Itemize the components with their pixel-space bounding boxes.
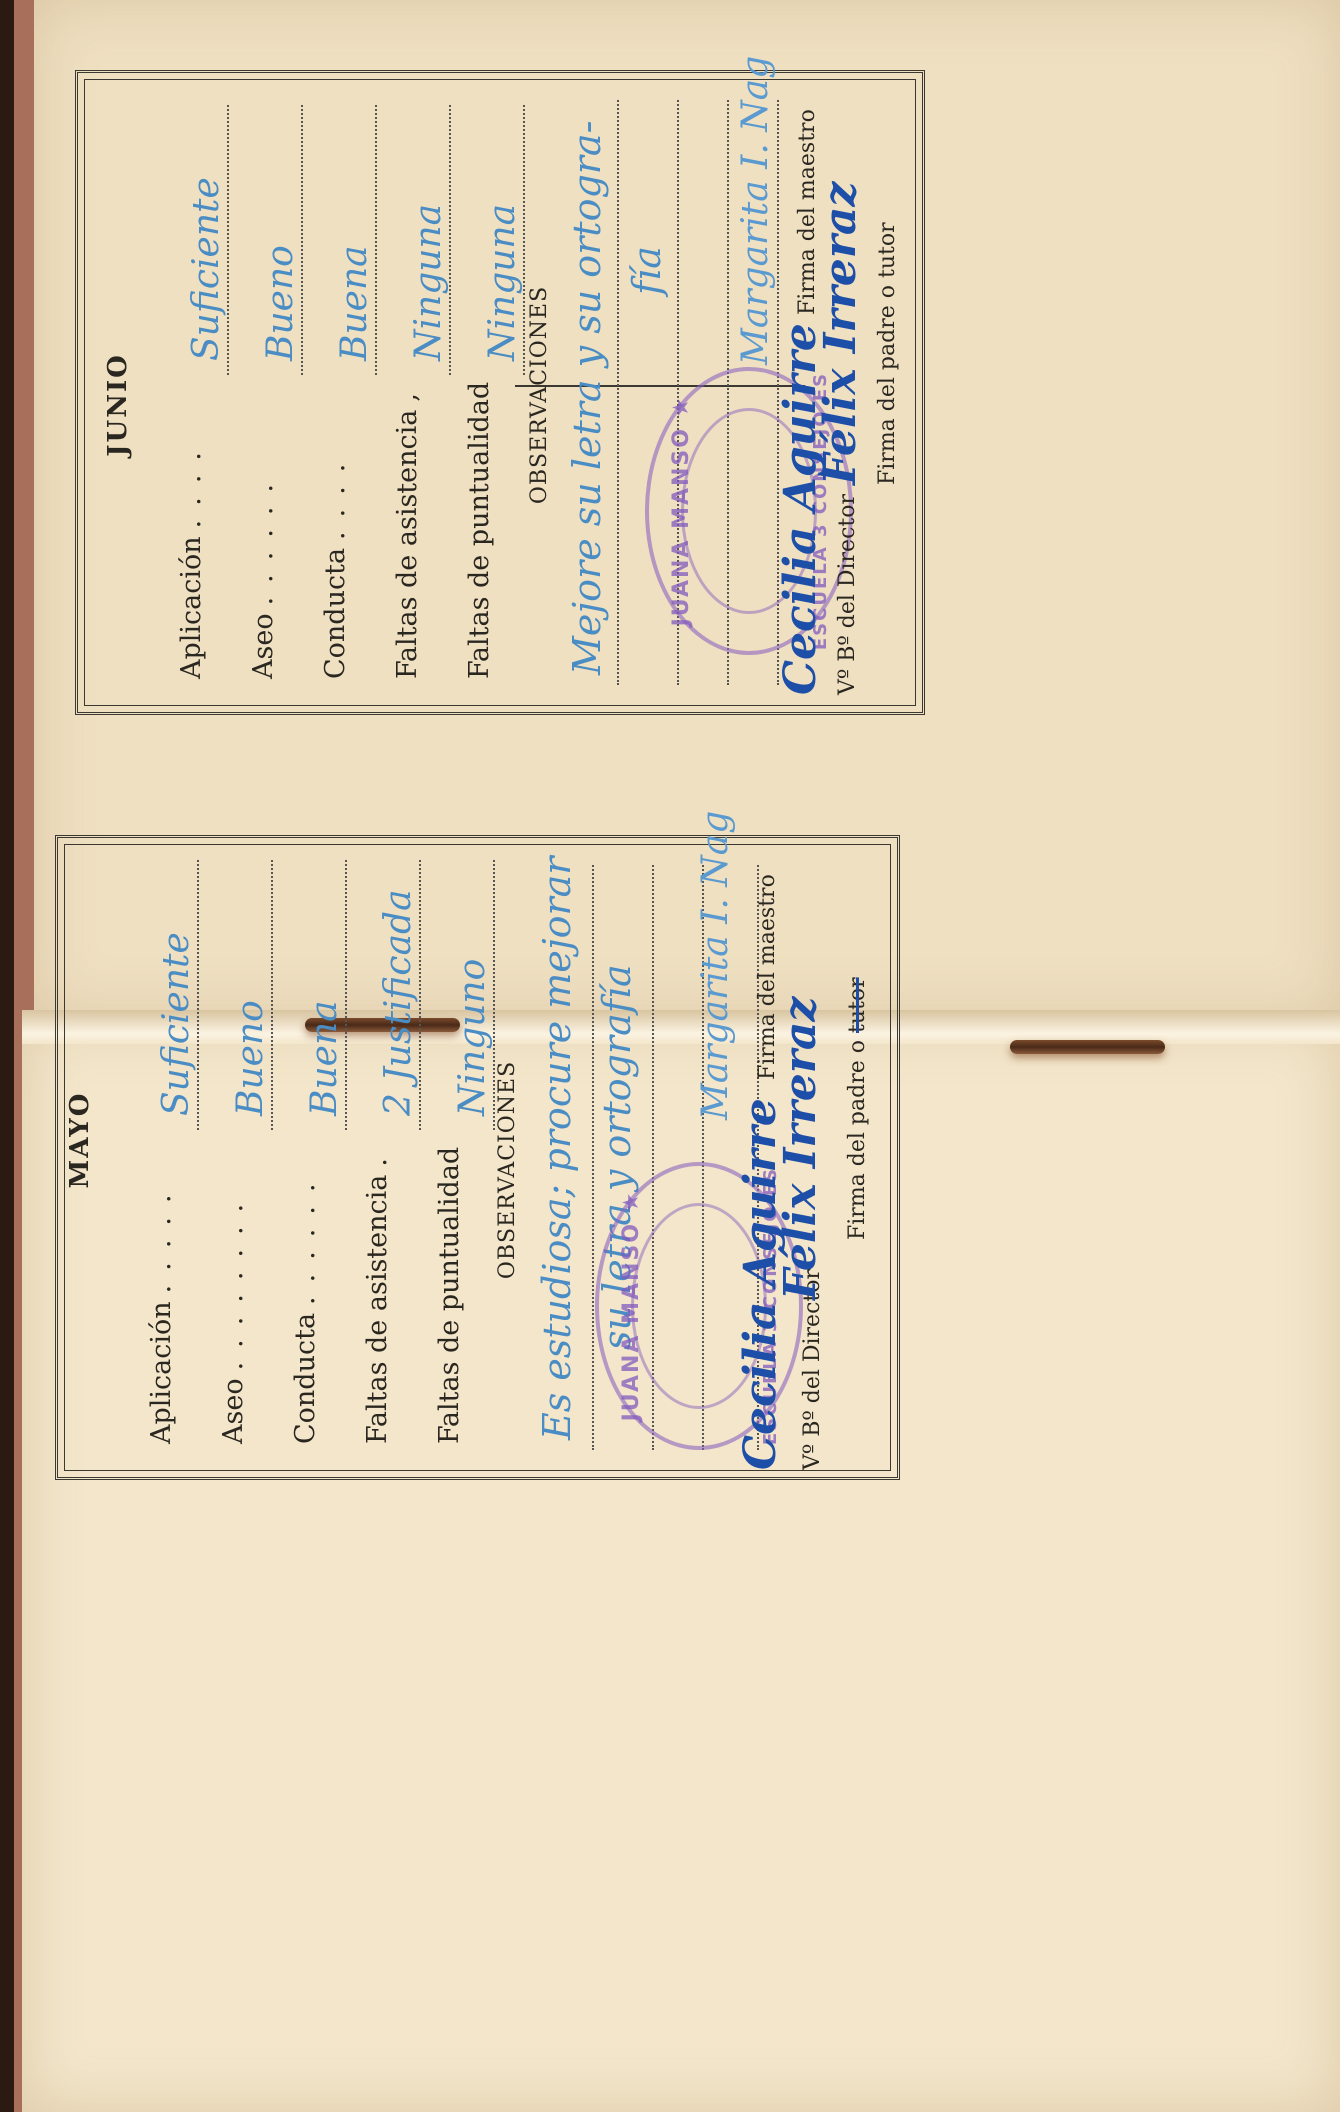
label-conducta: Conducta......: [269, 1144, 341, 1444]
label-conducta: Conducta....: [299, 379, 371, 679]
label-faltas-puntualidad: Faltas de puntualidad: [443, 379, 515, 679]
observaciones-line-2: fía: [625, 246, 669, 295]
observaciones-title: OBSERVACIONES: [527, 265, 552, 525]
value-aplicacion: Suficiente: [155, 105, 229, 375]
staple-right: [1010, 1040, 1165, 1054]
value-aseo: Bueno: [199, 860, 273, 1130]
value-conducta: Buena: [303, 105, 377, 375]
value-faltas-puntualidad: Ninguna: [451, 105, 525, 375]
observaciones-line-1: Es estudiosa; procure mejorar: [535, 857, 579, 1440]
label-faltas-puntualidad: Faltas de puntualidad: [413, 1144, 485, 1444]
signature-padre: Félix Irreraz: [775, 997, 826, 1300]
value-conducta: Buena: [273, 860, 347, 1130]
cover-edge: [0, 0, 14, 2112]
signature-maestro: Margarita I. Nag: [695, 811, 736, 1120]
value-aseo: Bueno: [229, 105, 303, 375]
label-firma-padre: Firma del padre o tutor: [845, 977, 870, 1240]
month-title: MAYO: [65, 1090, 95, 1190]
month-title: JUNIO: [103, 345, 133, 465]
value-faltas-puntualidad: Ninguno: [421, 860, 495, 1130]
observaciones-title: OBSERVACIONES: [495, 1040, 520, 1300]
label-firma-padre: Firma del padre o tutor: [875, 222, 900, 485]
label-aseo: Aseo........: [197, 1144, 269, 1444]
value-aplicacion: Suficiente: [125, 860, 199, 1130]
observaciones-line-1: Mejore su letra y su ortogra-: [565, 121, 609, 675]
value-faltas-asistencia: 2 Justificada: [347, 860, 421, 1130]
label-aplicacion: Aplicación.....: [125, 1144, 197, 1444]
value-faltas-asistencia: Ninguna: [377, 105, 451, 375]
label-vb-director: Vº Bº del Director: [835, 494, 860, 695]
label-faltas-asistencia: Faltas de asistencia,: [371, 379, 443, 679]
signature-padre: Félix Irreraz: [815, 182, 866, 485]
label-aplicacion: Aplicación....: [155, 379, 227, 679]
label-aseo: Aseo......: [227, 379, 299, 679]
signature-maestro: Margarita I. Nag: [735, 56, 776, 365]
label-faltas-asistencia: Faltas de asistencia.: [341, 1144, 413, 1444]
